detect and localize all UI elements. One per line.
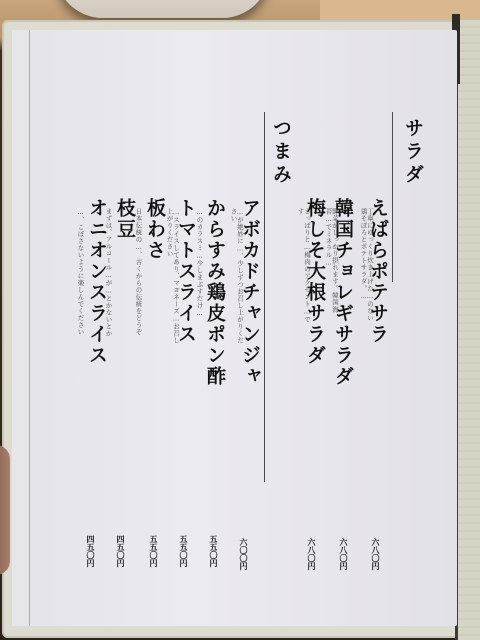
binder-spine bbox=[455, 20, 480, 640]
menu-item-name: 枝豆 bbox=[115, 198, 134, 240]
menu-item-price: 五五〇円 bbox=[210, 535, 218, 567]
menu-item-desc: 丁寧にゆっくり炊き上げた…のない鶏そぼろとポテトサラダ。… bbox=[360, 208, 373, 328]
page-margin bbox=[12, 30, 30, 626]
menu-item-desc: 野菜がしっかり摂れます。韓国海苔…でミネラル… bbox=[325, 208, 338, 328]
menu-item-price: 五五〇円 bbox=[180, 535, 188, 567]
menu-item-name: オニオンスライス bbox=[87, 198, 106, 366]
bowl bbox=[55, 0, 270, 18]
menu-item-desc: …スライスしてあり、マヨネーズ…お召し上がりください bbox=[166, 208, 179, 348]
menu-item-price: 四五〇円 bbox=[117, 535, 125, 567]
section-divider-salad bbox=[392, 112, 393, 282]
menu-item-desc: …が絶妙に…、少しずつお召し上がりください bbox=[230, 208, 243, 348]
menu-item-price: 四五〇円 bbox=[87, 535, 95, 567]
menu-item-price: 六八〇円 bbox=[372, 538, 380, 570]
menu-item-price: 六八〇円 bbox=[340, 538, 348, 570]
menu-item-price: 六八〇円 bbox=[308, 538, 316, 570]
section-title-salad: サラダ bbox=[400, 118, 427, 187]
finger bbox=[0, 445, 10, 575]
menu-item-name: からすみ鶏皮ポン酢 bbox=[205, 198, 224, 387]
menu-item-price: 六〇〇円 bbox=[240, 538, 248, 570]
section-title-snacks: つまみ bbox=[268, 118, 295, 187]
section-divider-snacks bbox=[264, 112, 265, 482]
menu-item-price: 五五〇円 bbox=[150, 535, 158, 567]
menu-item-desc: …、こぼさないように楽しんでください bbox=[77, 208, 84, 348]
menu-item-name: 板わさ bbox=[145, 198, 164, 261]
menu-item-desc: さっぱりと…梅肉のアクセント…です bbox=[297, 208, 310, 328]
